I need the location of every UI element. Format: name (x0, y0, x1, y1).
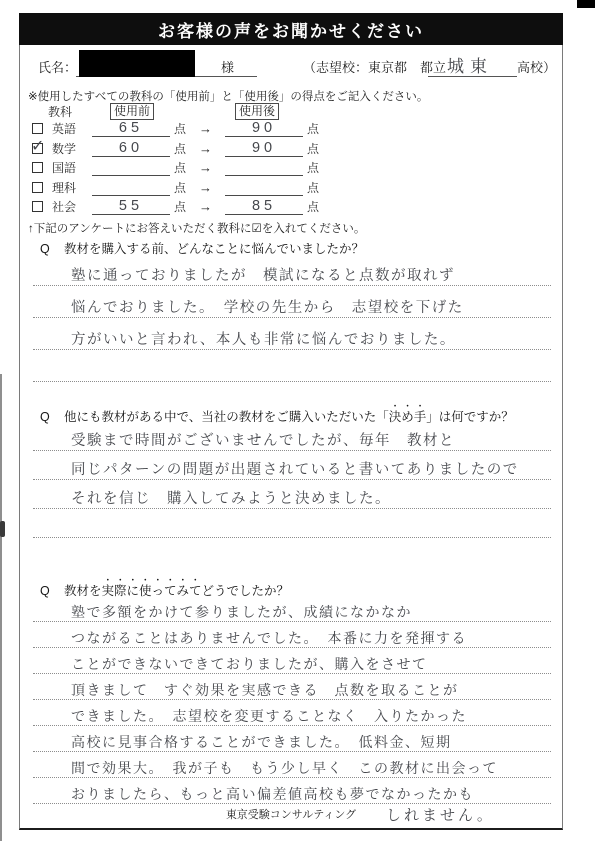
question-section-1: Q教材を購入する前、どんなことに悩んでいましたか？ 塾に通っておりましたが 模試… (33, 236, 551, 382)
form-title-bar: お客様の声をお聞かせください (19, 13, 563, 45)
subject-checkbox: ✓ (32, 143, 43, 154)
question-section-3: Q教材を実際に使ってみてどうでしたか？ 塾で多額をかけて参りましたが、成績になか… (33, 578, 551, 804)
redacted-name-box (79, 50, 195, 77)
question-before: 教材を (64, 584, 102, 598)
question-before: 他にも教材がある中で、当社の教材をご購入いただいた「 (64, 410, 389, 424)
unit-label: 点 (307, 120, 319, 137)
score-row-japanese: 国語 点 → 点 (32, 158, 319, 178)
q-label: Q (40, 584, 64, 598)
question-emphasized: 決め手 (389, 410, 427, 424)
score-after-line (225, 159, 303, 176)
handwritten-answer: 塾で多額をかけて参りましたが、成績になかなか (71, 604, 412, 621)
scanned-survey-sheet: お客様の声をお聞かせください 氏名： 様 （志望校：東京都 都立 城東 高校） … (0, 0, 595, 841)
column-before-use: 使用前 (110, 103, 154, 120)
score-row-science: 理科 点 → 点 (32, 178, 319, 198)
handwritten-answer: できました。 志望校を変更することなく 入りたかった (71, 708, 467, 725)
score-before-line: 55 (92, 198, 170, 215)
question-emphasized: 実際に使ってみて (102, 584, 202, 598)
scan-artifact (0, 374, 2, 841)
handwritten-answer: ことができないできておりましたが、購入をさせて (71, 656, 428, 673)
question-after: 」は何ですか？ (426, 410, 514, 424)
score-before-line (92, 159, 170, 176)
unit-label: 点 (307, 159, 319, 176)
handwritten-answer: 間で効果大。 我が子も もう少し早く この教材に出会って (71, 760, 498, 777)
arrow-icon: → (199, 141, 212, 156)
unit-label: 点 (174, 179, 186, 196)
score-after-line (225, 179, 303, 196)
handwritten-answer: 悩んでおりました。 学校の先生から 志望校を下げた (71, 300, 464, 317)
score-after-value: 90 (252, 141, 276, 156)
scan-artifact (577, 0, 595, 8)
handwritten-answer: おりましたら、もっと高い偏差値高校も夢でなかったかも (71, 786, 474, 803)
arrow-icon: → (199, 121, 212, 136)
answer-line: できました。 志望校を変更することなく 入りたかった (33, 700, 551, 726)
question-text: Q教材を実際に使ってみてどうでしたか？ (33, 578, 551, 596)
handwritten-answer: 方がいいと言われ、本人も非常に悩んでおりました。 (71, 332, 456, 349)
unit-label: 点 (307, 140, 319, 157)
school-suffix-label: 高校） (517, 57, 556, 76)
subject-label: 理科 (52, 179, 92, 196)
score-table: 英語 65 点 → 90 点 ✓ 数学 60 点 → 90 点 国語 点 → 点 (32, 119, 319, 217)
handwritten-answer: 塾に通っておりましたが 模試になると点数が取れず (71, 268, 455, 285)
question-before: 教材を購入する前、どんなことに悩んでいましたか？ (64, 242, 364, 256)
answer-line: 塾に通っておりましたが 模試になると点数が取れず (33, 254, 551, 286)
handwritten-answer: 同じパターンの問題が出題されていると書いてありましたので (71, 462, 519, 479)
handwritten-answer: 受験まで時間がございませんでしたが、毎年 教材と (71, 433, 455, 450)
score-before-line: 65 (92, 120, 170, 137)
form-title: お客様の声をお聞かせください (158, 17, 424, 42)
subject-checkbox (32, 123, 43, 134)
answer-line: つながることはありませんでした。 本番に力を発揮する (33, 622, 551, 648)
honorific-label: 様 (221, 57, 234, 76)
unit-label: 点 (174, 140, 186, 157)
score-after-line: 90 (225, 120, 303, 137)
answer-line: 頂きまして すぐ効果を実感できる 点数を取ることが (33, 674, 551, 700)
answer-line: おりましたら、もっと高い偏差値高校も夢でなかったかも (33, 778, 551, 804)
answer-overflow-handwritten: しれません。 (386, 804, 495, 825)
score-before-value: 65 (119, 121, 143, 136)
subject-label: 英語 (52, 120, 92, 137)
arrow-icon: → (199, 180, 212, 195)
q-label: Q (40, 242, 64, 256)
answer-line (33, 509, 551, 538)
score-after-line: 85 (225, 198, 303, 215)
question-after: どうでしたか？ (202, 584, 290, 598)
subject-label: 数学 (52, 140, 92, 157)
arrow-icon: → (199, 160, 212, 175)
subject-label: 社会 (52, 198, 92, 215)
score-table-header: 教科 使用前 使用後 (33, 103, 279, 120)
score-after-line: 90 (225, 140, 303, 157)
unit-label: 点 (174, 159, 186, 176)
answer-line: 塾で多額をかけて参りましたが、成績になかなか (33, 596, 551, 622)
handwritten-answer: 高校に見事合格することができました。 低料金、短期 (71, 734, 452, 751)
answer-line (33, 350, 551, 382)
score-before-value: 55 (119, 199, 143, 214)
score-after-value: 90 (252, 121, 276, 136)
question-text: Q教材を購入する前、どんなことに悩んでいましたか？ (33, 236, 551, 254)
name-label: 氏名： (38, 57, 77, 76)
column-subject: 教科 (48, 103, 72, 120)
question-section-2: Q他にも教材がある中で、当社の教材をご購入いただいた「決め手」は何ですか？ 受験… (33, 404, 551, 538)
answer-line: 間で効果大。 我が子も もう少し早く この教材に出会って (33, 752, 551, 778)
handwritten-answer: 頂きまして すぐ効果を実感できる 点数を取ることが (71, 682, 459, 699)
unit-label: 点 (174, 198, 186, 215)
checkbox-instruction: ↑下記のアンケートにお答えいただく教科に☑を入れてください。 (28, 220, 365, 236)
school-prefix-label: （志望校：東京都 都立 (303, 57, 446, 76)
unit-label: 点 (307, 198, 319, 215)
handwritten-answer: それを信じ 購入してみようと決めました。 (71, 491, 391, 508)
score-before-line: 60 (92, 140, 170, 157)
score-after-value: 85 (252, 199, 276, 214)
answer-line: ことができないできておりましたが、購入をさせて (33, 648, 551, 674)
question-text: Q他にも教材がある中で、当社の教材をご購入いただいた「決め手」は何ですか？ (33, 404, 551, 422)
score-row-math: ✓ 数学 60 点 → 90 点 (32, 139, 319, 159)
score-row-english: 英語 65 点 → 90 点 (32, 119, 319, 139)
answer-line: それを信じ 購入してみようと決めました。 (33, 480, 551, 509)
q-label: Q (40, 410, 64, 424)
column-after-use: 使用後 (235, 103, 279, 120)
subject-checkbox (32, 182, 43, 193)
subject-checkbox (32, 162, 43, 173)
arrow-icon: → (199, 199, 212, 214)
subject-label: 国語 (52, 159, 92, 176)
answer-line: 受験まで時間がございませんでしたが、毎年 教材と (33, 422, 551, 451)
school-name-handwritten: 城東 (447, 52, 493, 77)
checkbox-mark: ✓ (31, 136, 46, 156)
scan-artifact (0, 521, 5, 537)
answer-line: 同じパターンの問題が出題されていると書いてありましたので (33, 451, 551, 480)
score-before-line (92, 179, 170, 196)
answer-line: 悩んでおりました。 学校の先生から 志望校を下げた (33, 286, 551, 318)
score-before-value: 60 (119, 141, 143, 156)
score-row-social: 社会 55 点 → 85 点 (32, 197, 319, 217)
answer-line: 高校に見事合格することができました。 低料金、短期 (33, 726, 551, 752)
unit-label: 点 (174, 120, 186, 137)
handwritten-answer: つながることはありませんでした。 本番に力を発揮する (71, 630, 467, 647)
answer-line: 方がいいと言われ、本人も非常に悩んでおりました。 (33, 318, 551, 350)
subject-checkbox (32, 201, 43, 212)
score-note: ※使用したすべての教科の「使用前」と「使用後」の得点をご記入ください。 (28, 88, 428, 104)
unit-label: 点 (307, 179, 319, 196)
